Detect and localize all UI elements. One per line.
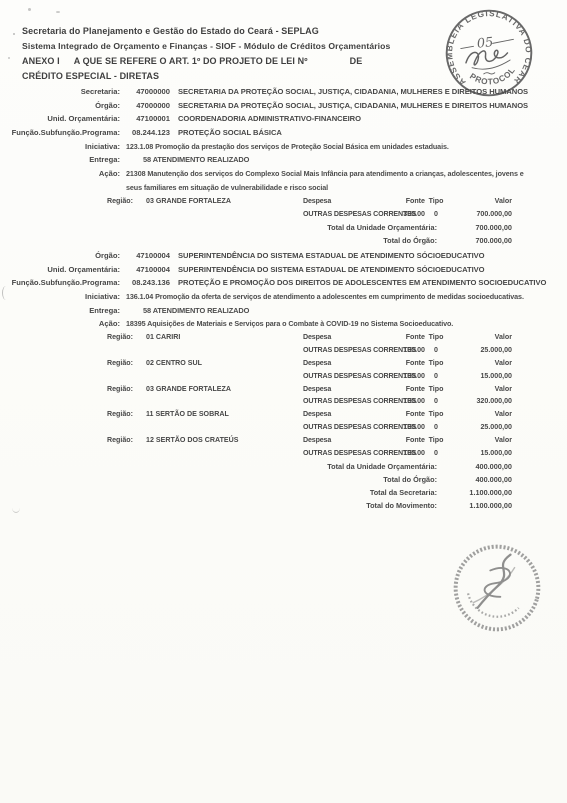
region-header-row: Região: 01 CARIRI Despesa Fonte Tipo Val… [0,333,512,346]
region-name: 03 GRANDE FORTALEZA [133,197,290,205]
signature-icon [465,48,508,65]
total-orgao-label: Total do Órgão: [0,475,437,484]
total-unidade-label: Total da Unidade Orçamentária: [0,462,437,471]
valor-header: Valor [447,333,512,341]
valor-value: 15.000,00 [447,372,512,380]
regiao-label: Região: [0,197,133,205]
funcao-name: PROTEÇÃO SOCIAL BÁSICA [178,128,282,137]
field-row-orgao: Órgão: 47000000 SECRETARIA DA PROTEÇÃO S… [0,101,512,115]
fonte-header: Fonte [385,436,425,444]
scan-noise [8,57,10,59]
orgao-label: Órgão: [0,251,120,260]
funcao-label: Função.Subfunção.Programa: [0,128,120,137]
orgao-name: SECRETARIA DA PROTEÇÃO SOCIAL, JUSTIÇA, … [178,101,528,110]
entrega-text: 58 ATENDIMENTO REALIZADO [143,306,249,315]
region-header-row: Região: 12 SERTÃO DOS CRATEÚS Despesa Fo… [0,436,512,449]
total-orgao-label: Total do Órgão: [0,236,437,245]
field-row-acao: Ação: 21308 Manutenção dos serviços do C… [0,169,512,183]
anexo-reference-text: A QUE SE REFERE O ART. 1º DO PROJETO DE … [74,56,308,66]
expense-name: OUTRAS DESPESAS CORRENTES [290,423,385,431]
despesa-header: Despesa [290,385,385,393]
field-row-acao: Ação: 18395 Aquisições de Materiais e Se… [0,319,512,333]
fonte-value: 300.00 [385,210,425,218]
stamp-small-writing-icon [484,72,495,75]
anexo-de-text: DE [350,56,363,66]
total-secretaria-row: Total da Secretaria: 1.100.000,00 [0,488,512,501]
entrega-label: Entrega: [0,155,120,164]
tipo-value: 0 [425,346,447,354]
valor-header: Valor [447,410,512,418]
total-unidade-value: 700.000,00 [437,223,512,232]
valor-value: 25.000,00 [447,346,512,354]
tipo-header: Tipo [425,410,447,418]
valor-header: Valor [447,436,512,444]
region-name: 12 SERTÃO DOS CRATEÚS [133,436,290,444]
orgao-code: 47100004 [122,251,170,260]
orgao-name: SUPERINTENDÊNCIA DO SISTEMA ESTADUAL DE … [178,251,485,260]
entrega-text: 58 ATENDIMENTO REALIZADO [143,155,249,164]
total-secretaria-label: Total da Secretaria: [0,488,437,497]
valor-value: 320.000,00 [447,397,512,405]
field-row-entrega: Entrega: 58 ATENDIMENTO REALIZADO [0,306,512,320]
iniciativa-text: 136.1.04 Promoção da oferta de serviços … [126,292,524,301]
total-unidade-label: Total da Unidade Orçamentária: [0,223,437,232]
region-header-row: Região: 11 SERTÃO DE SOBRAL Despesa Font… [0,410,512,423]
tipo-value: 0 [425,210,447,218]
orgao-label: Órgão: [0,101,120,110]
expense-row: OUTRAS DESPESAS CORRENTES 100.00 0 15.00… [0,449,512,462]
acao-label: Ação: [0,169,120,178]
regiao-label: Região: [0,359,133,367]
header-line-4: CRÉDITO ESPECIAL - DIRETAS [22,69,452,84]
stamp-dash-icon [461,46,474,48]
total-movimento-row: Total do Movimento: 1.100.000,00 [0,501,512,514]
regiao-label: Região: [0,410,133,418]
section2-fields: Órgão: 47100004 SUPERINTENDÊNCIA DO SIST… [0,251,512,333]
expense-row: OUTRAS DESPESAS CORRENTES 100.00 0 25.00… [0,346,512,359]
despesa-header: Despesa [290,436,385,444]
field-row-iniciativa: Iniciativa: 123.1.08 Promoção da prestaç… [0,142,512,156]
expense-name: OUTRAS DESPESAS CORRENTES [290,346,385,354]
tipo-value: 0 [425,423,447,431]
fonte-header: Fonte [385,385,425,393]
document-header: Secretaria do Planejamento e Gestão do E… [22,24,452,84]
unidade-name: COORDENADORIA ADMINISTRATIVO-FINANCEIRO [178,114,361,123]
regiao-label: Região: [0,436,133,444]
tipo-header: Tipo [425,385,447,393]
scan-noise [28,8,31,11]
orgao-code: 47000000 [122,101,170,110]
fonte-value: 100.00 [385,397,425,405]
unidade-label: Unid. Orçamentária: [0,114,120,123]
acao-text-line2: seus familiares em situação de vulnerabi… [126,183,328,192]
region-name: 01 CARIRI [133,333,290,341]
expense-name: OUTRAS DESPESAS CORRENTES [290,210,385,218]
tipo-header: Tipo [425,359,447,367]
tipo-value: 0 [425,449,447,457]
expense-name: OUTRAS DESPESAS CORRENTES [290,372,385,380]
field-row-orgao: Órgão: 47100004 SUPERINTENDÊNCIA DO SIST… [0,251,512,265]
header-line-anexo: ANEXO IA QUE SE REFERE O ART. 1º DO PROJ… [22,54,452,69]
regiao-label: Região: [0,333,133,341]
valor-value: 25.000,00 [447,423,512,431]
field-row-secretaria: Secretaria: 47000000 SECRETARIA DA PROTE… [0,87,512,101]
secretaria-code: 47000000 [122,87,170,96]
fonte-value: 100.00 [385,372,425,380]
region-name: 02 CENTRO SUL [133,359,290,367]
secretaria-name: SECRETARIA DA PROTEÇÃO SOCIAL, JUSTIÇA, … [178,87,528,96]
unidade-name: SUPERINTENDÊNCIA DO SISTEMA ESTADUAL DE … [178,265,485,274]
region-header-row: Região: 02 CENTRO SUL Despesa Fonte Tipo… [0,359,512,372]
scan-noise [13,33,15,35]
valor-value: 15.000,00 [447,449,512,457]
region-header-row: Região: 03 GRANDE FORTALEZA Despesa Font… [0,197,512,210]
funcao-name: PROTEÇÃO E PROMOÇÃO DOS DIREITOS DE ADOL… [178,278,546,287]
iniciativa-label: Iniciativa: [0,292,120,301]
total-unidade-row: Total da Unidade Orçamentária: 700.000,0… [0,223,512,236]
despesa-header: Despesa [290,359,385,367]
scanned-document-page: Secretaria do Planejamento e Gestão do E… [0,0,567,803]
expense-name: OUTRAS DESPESAS CORRENTES [290,397,385,405]
despesa-header: Despesa [290,333,385,341]
total-orgao-value: 700.000,00 [437,236,512,245]
fonte-header: Fonte [385,410,425,418]
round-stamp-signature [439,530,555,646]
valor-value: 700.000,00 [447,210,512,218]
total-orgao-value: 400.000,00 [437,475,512,484]
total-movimento-label: Total do Movimento: [0,501,437,510]
header-line-1: Secretaria do Planejamento e Gestão do E… [22,24,452,39]
funcao-label: Função.Subfunção.Programa: [0,278,120,287]
expense-row: OUTRAS DESPESAS CORRENTES 100.00 0 15.00… [0,372,512,385]
field-row-entrega: Entrega: 58 ATENDIMENTO REALIZADO [0,155,512,169]
total-orgao-row: Total do Órgão: 700.000,00 [0,236,512,249]
fonte-header: Fonte [385,359,425,367]
field-row-acao-continuation: seus familiares em situação de vulnerabi… [0,183,512,197]
fonte-header: Fonte [385,333,425,341]
region-header-row: Região: 03 GRANDE FORTALEZA Despesa Font… [0,385,512,398]
fonte-value: 100.00 [385,449,425,457]
funcao-code: 08.243.136 [122,278,170,287]
secretaria-label: Secretaria: [0,87,120,96]
header-line-2: Sistema Integrado de Orçamento e Finança… [22,39,452,54]
stamp-inner-text-icon [464,593,519,622]
despesa-header: Despesa [290,197,385,205]
total-movimento-value: 1.100.000,00 [437,501,512,510]
unidade-label: Unid. Orçamentária: [0,265,120,274]
regiao-label: Região: [0,385,133,393]
section2-table: Região: 01 CARIRI Despesa Fonte Tipo Val… [0,333,512,515]
field-row-funcao: Função.Subfunção.Programa: 08.243.136 PR… [0,278,512,292]
entrega-label: Entrega: [0,306,120,315]
tipo-header: Tipo [425,197,447,205]
section1-fields: Secretaria: 47000000 SECRETARIA DA PROTE… [0,87,512,197]
scan-noise [56,11,60,13]
unidade-code: 47100001 [122,114,170,123]
stamp-dash-icon [492,39,513,43]
acao-label: Ação: [0,319,120,328]
field-row-funcao: Função.Subfunção.Programa: 08.244.123 PR… [0,128,512,142]
total-orgao-row: Total do Órgão: 400.000,00 [0,475,512,488]
signature-flourish-icon [478,550,511,612]
expense-row: OUTRAS DESPESAS CORRENTES 300.00 0 700.0… [0,210,512,223]
field-row-iniciativa: Iniciativa: 136.1.04 Promoção da oferta … [0,292,512,306]
iniciativa-label: Iniciativa: [0,142,120,151]
region-name: 03 GRANDE FORTALEZA [133,385,290,393]
section1-table: Região: 03 GRANDE FORTALEZA Despesa Font… [0,197,512,249]
funcao-code: 08.244.123 [122,128,170,137]
despesa-header: Despesa [290,410,385,418]
expense-name: OUTRAS DESPESAS CORRENTES [290,449,385,457]
expense-row: OUTRAS DESPESAS CORRENTES 100.00 0 25.00… [0,423,512,436]
signature-flourish-icon [473,559,514,611]
valor-header: Valor [447,385,512,393]
valor-header: Valor [447,359,512,367]
fonte-value: 100.00 [385,346,425,354]
expense-row: OUTRAS DESPESAS CORRENTES 100.00 0 320.0… [0,397,512,410]
field-row-unidade: Unid. Orçamentária: 47100001 COORDENADOR… [0,114,512,128]
tipo-value: 0 [425,372,447,380]
valor-header: Valor [447,197,512,205]
total-secretaria-value: 1.100.000,00 [437,488,512,497]
tipo-value: 0 [425,397,447,405]
acao-text-line1: 18395 Aquisições de Materiais e Serviços… [126,319,453,328]
fonte-header: Fonte [385,197,425,205]
tipo-header: Tipo [425,333,447,341]
anexo-label: ANEXO I [22,56,60,66]
region-name: 11 SERTÃO DE SOBRAL [133,410,290,418]
unidade-code: 47100004 [122,265,170,274]
acao-text-line1: 21308 Manutenção dos serviços do Complex… [126,169,524,178]
total-unidade-row: Total da Unidade Orçamentária: 400.000,0… [0,462,512,475]
field-row-unidade: Unid. Orçamentária: 47100004 SUPERINTEND… [0,265,512,279]
fonte-value: 100.00 [385,423,425,431]
iniciativa-text: 123.1.08 Promoção da prestação dos servi… [126,142,449,151]
stamp-number: 05 [476,35,494,52]
total-unidade-value: 400.000,00 [437,462,512,471]
tipo-header: Tipo [425,436,447,444]
